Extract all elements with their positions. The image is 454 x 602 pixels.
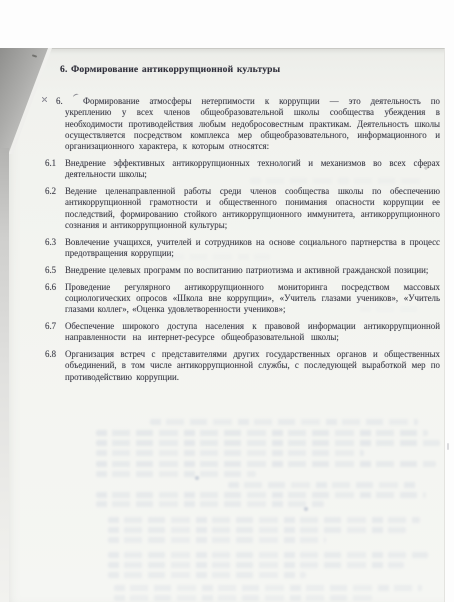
section-heading: 6. Формирование антикоррупционной культу… (60, 64, 440, 76)
ghost-text-line (108, 572, 306, 578)
item-text: Внедрение целевых программ по воспитанию… (65, 265, 440, 276)
list-item: 6.7 Обеспечение широкого доступа населен… (45, 321, 440, 344)
list-item: 6.5 Внедрение целевых программ по воспит… (45, 265, 440, 276)
item-number: 6.5 (45, 265, 65, 276)
ghost-text-line (96, 471, 256, 477)
ghost-text-line (96, 492, 426, 498)
ghost-text-line (250, 178, 420, 184)
ghost-text-line (108, 552, 428, 558)
document-content: 6. Формирование антикоррупционной культу… (45, 64, 440, 383)
ink-speck (42, 97, 47, 102)
item-number: 6.2 (45, 186, 65, 231)
ink-speck (447, 443, 449, 450)
ink-speck (195, 476, 199, 480)
paragraph-number: 6. (56, 96, 63, 107)
ink-speck (304, 507, 308, 511)
ghost-text-line (228, 482, 420, 488)
ghost-text-line (108, 517, 420, 523)
scanned-page: 6. Формирование антикоррупционной культу… (0, 0, 454, 602)
item-text: Организация встреч с представителями дру… (65, 349, 440, 383)
ink-speck (424, 166, 428, 170)
list-item: 6.8 Организация встреч с представителями… (45, 349, 440, 383)
paragraph-text: Формирование атмосферы нетерпимости к ко… (65, 96, 440, 152)
intro-paragraph: 6. Формирование атмосферы нетерпимости к… (45, 96, 440, 152)
ghost-text-line (108, 537, 326, 543)
ghost-text-line (114, 585, 422, 591)
item-text: Ведение целенаправленной работы среди чл… (65, 186, 440, 231)
ghost-text-line (360, 306, 422, 312)
ghost-text-line (108, 527, 406, 533)
item-number: 6.1 (45, 158, 65, 181)
ghost-text-line (96, 461, 436, 467)
measures-list: 6.1 Внедрение эффективных антикоррупцион… (45, 158, 440, 383)
ghost-text-line (150, 254, 270, 260)
ghost-text-line (150, 419, 418, 425)
item-number: 6.6 (45, 282, 65, 316)
list-item: 6.2 Ведение целенаправленной работы сред… (45, 186, 440, 231)
scan-edge-shadow (0, 148, 9, 602)
item-number: 6.3 (45, 237, 65, 260)
ghost-text-line (96, 440, 440, 446)
ghost-text-line (96, 450, 364, 456)
ghost-text-line (96, 501, 324, 507)
item-text: Обеспечение широкого доступа населения к… (65, 321, 440, 344)
ghost-text-line (114, 595, 372, 601)
ghost-text-line (96, 430, 428, 436)
item-number: 6.7 (45, 321, 65, 344)
ghost-text-line (108, 562, 404, 568)
item-number: 6.8 (45, 349, 65, 383)
